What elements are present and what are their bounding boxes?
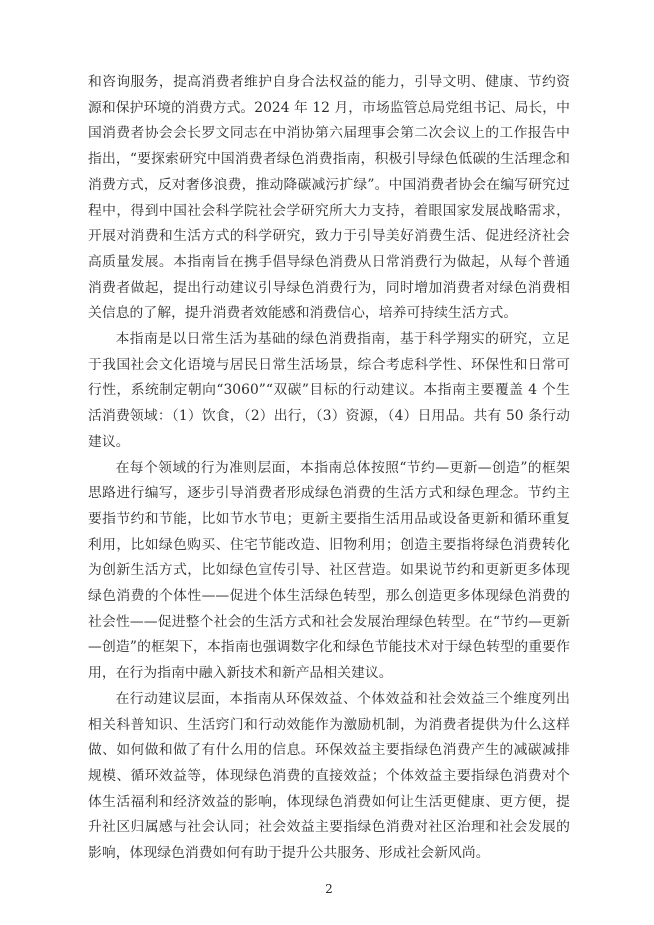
paragraph-action-benefits: 在行动建议层面，本指南从环保效益、个体效益和社会效益三个维度列出相关科普知识、生… (88, 687, 570, 867)
paragraph-guide-basis: 本指南是以日常生活为基础的绿色消费指南，基于科学翔实的研究，立足于我国社会文化语… (88, 327, 570, 456)
document-page: 和咨询服务，提高消费者维护自身合法权益的能力，引导文明、健康、节约资源和保护环境… (0, 0, 654, 925)
page-number: 2 (88, 877, 570, 903)
paragraph-continuation: 和咨询服务，提高消费者维护自身合法权益的能力，引导文明、健康、节约资源和保护环境… (88, 70, 570, 327)
paragraph-framework: 在每个领域的行为准则层面，本指南总体按照“节约—更新—创造”的框架思路进行编写，… (88, 456, 570, 687)
